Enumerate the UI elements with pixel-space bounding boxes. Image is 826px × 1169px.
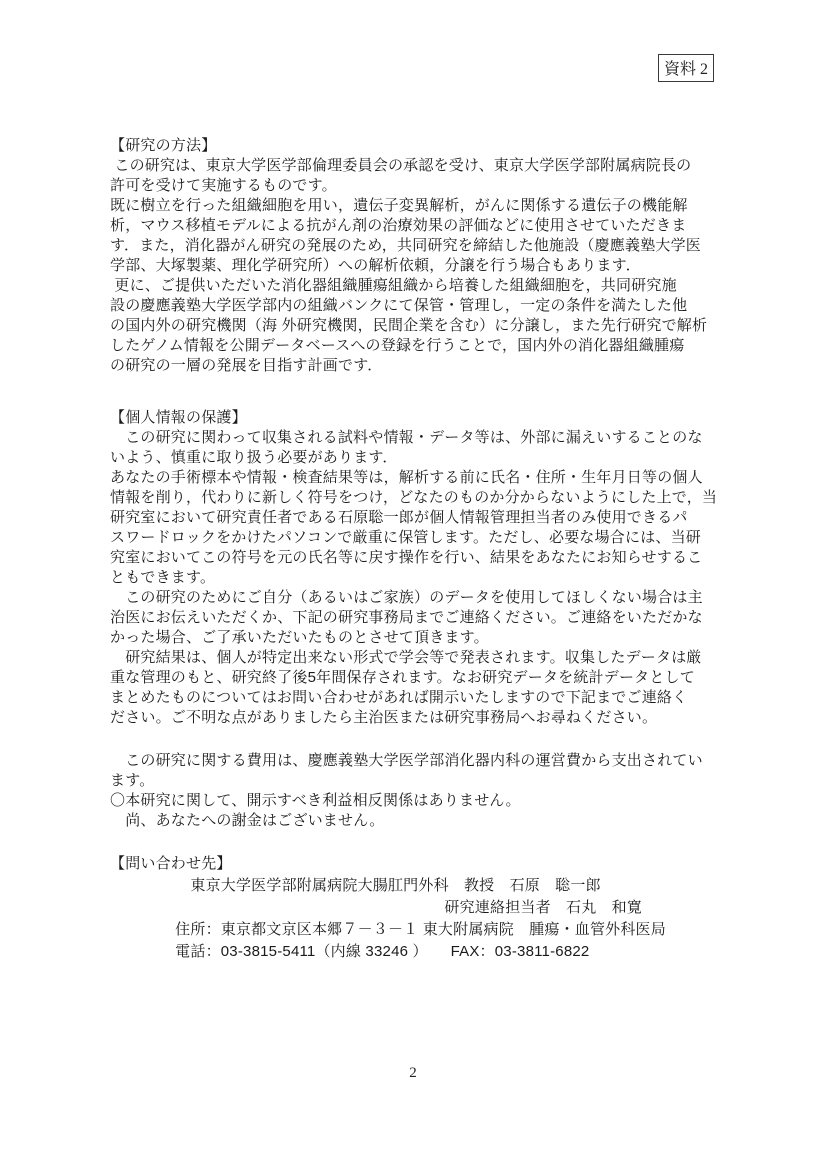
text-line: 既に樹立を行った組織細胞を用い，遺伝子変異解析，がんに関係する遺伝子の機能解 [110, 196, 720, 216]
text-line: 設の慶應義塾大学医学部内の組織バンクにて保管・管理し，一定の条件を満たした他 [110, 296, 720, 316]
section-personal-info-protection: 【個人情報の保護】 この研究に関わって収集される試料や情報・データ等は、外部に漏… [110, 408, 720, 728]
text-line: スワードロックをかけたパソコンで厳重に保管します。ただし、必要な場合には、当研 [110, 528, 720, 548]
text-line: まとめたものについてはお問い合わせがあれば開示いたしますので下記までご連絡く [110, 688, 720, 708]
text-line: この研究は、東京大学医学部倫理委員会の承認を受け、東京大学医学部附属病院長の [110, 156, 720, 176]
text-line: この研究に関する費用は、慶應義塾大学医学部消化器内科の運営費から支出されてい [110, 751, 720, 771]
text-line: かった場合、ご了承いただいたものとさせて頂きます。 [110, 628, 720, 648]
text-line: あなたの手術標本や情報・検査結果等は，解析する前に氏名・住所・生年月日等の個人 [110, 468, 720, 488]
text-line: この研究に関わって収集される試料や情報・データ等は、外部に漏えいすることのな [110, 428, 720, 448]
text-line: 治医にお伝えいただくか、下記の研究事務局までご連絡ください。ご連絡をいただかな [110, 608, 720, 628]
document-page: 資料 2 【研究の方法】 この研究は、東京大学医学部倫理委員会の承認を受け、東京… [0, 0, 826, 1169]
text-line: 究室においてこの符号を元の氏名等に戻す操作を行い、結果をあなたにお知らせするこ [110, 548, 720, 568]
text-line: 更に、ご提供いただいた消化器組織腫瘍組織から培養した組織細胞を，共同研究施 [110, 276, 720, 296]
text-line: 析，マウス移植モデルによる抗がん剤の治療効果の評価などに使用させていただきま [110, 216, 720, 236]
text-line: 〇本研究に関して、開示すべき利益相反関係はありません。 [110, 791, 720, 811]
text-line: この研究のためにご自分（あるいはご家族）のデータを使用してほしくない場合は主 [110, 588, 720, 608]
contact-liaison-line: 研究連絡担当者 石丸 和寛 [110, 897, 720, 919]
text-line: ともできます。 [110, 568, 720, 588]
text-line: の研究の一層の発展を目指す計画です． [110, 356, 720, 376]
contact-address-line: 住所：東京都文京区本郷７－３－１ 東大附属病院 腫瘍・血管外科医局 [110, 919, 720, 941]
text-line: ださい。ご不明な点がありましたら主治医または研究事務局へお尋ねください。 [110, 708, 720, 728]
text-line: 学部、大塚製薬、理化学研究所）への解析依頼，分譲を行う場合もあります． [110, 256, 720, 276]
text-line: 重な管理のもと、研究終了後5年間保存されます。なお研究データを統計データとして [110, 668, 720, 688]
section-heading: 【研究の方法】 [110, 136, 720, 156]
contact-person-line: 東京大学医学部附属病院大腸肛門外科 教授 石原 聡一郎 [110, 875, 720, 897]
text-line: 研究室において研究責任者である石原聡一郎が個人情報管理担当者のみ使用できるパ [110, 508, 720, 528]
text-line: したゲノム情報を公開データベースへの登録を行うことで，国内外の消化器組織腫瘍 [110, 336, 720, 356]
text-line: 研究結果は、個人が特定出来ない形式で学会等で発表されます。収集したデータは厳 [110, 648, 720, 668]
text-line: 尚、あなたへの謝金はございません。 [110, 811, 720, 831]
section-contact-info: 【問い合わせ先】 東京大学医学部附属病院大腸肛門外科 教授 石原 聡一郎 研究連… [110, 853, 720, 963]
section-funding-and-conflicts: この研究に関する費用は、慶應義塾大学医学部消化器内科の運営費から支出されてい ま… [110, 751, 720, 831]
text-line: いよう、慎重に取り扱う必要があります． [110, 448, 720, 468]
section-research-method: 【研究の方法】 この研究は、東京大学医学部倫理委員会の承認を受け、東京大学医学部… [110, 136, 720, 376]
text-line: ます。 [110, 771, 720, 791]
section-heading: 【問い合わせ先】 [110, 853, 720, 875]
text-line: 情報を削り，代わりに新しく符号をつけ，どなたのものか分からないようにした上で，当 [110, 488, 720, 508]
text-line: の国内外の研究機関（海 外研究機関，民間企業を含む）に分譲し，また先行研究で解析 [110, 316, 720, 336]
section-heading: 【個人情報の保護】 [110, 408, 720, 428]
page-number: 2 [0, 1065, 826, 1082]
text-line: 許可を受けて実施するものです。 [110, 176, 720, 196]
text-line: す．また，消化器がん研究の発展のため，共同研究を締結した他施設（慶應義塾大学医 [110, 236, 720, 256]
contact-phone-fax-line: 電話：03-3815-5411（内線 33246 ） FAX：03-3811-6… [110, 941, 720, 963]
document-tag-label: 資料 2 [658, 54, 714, 82]
